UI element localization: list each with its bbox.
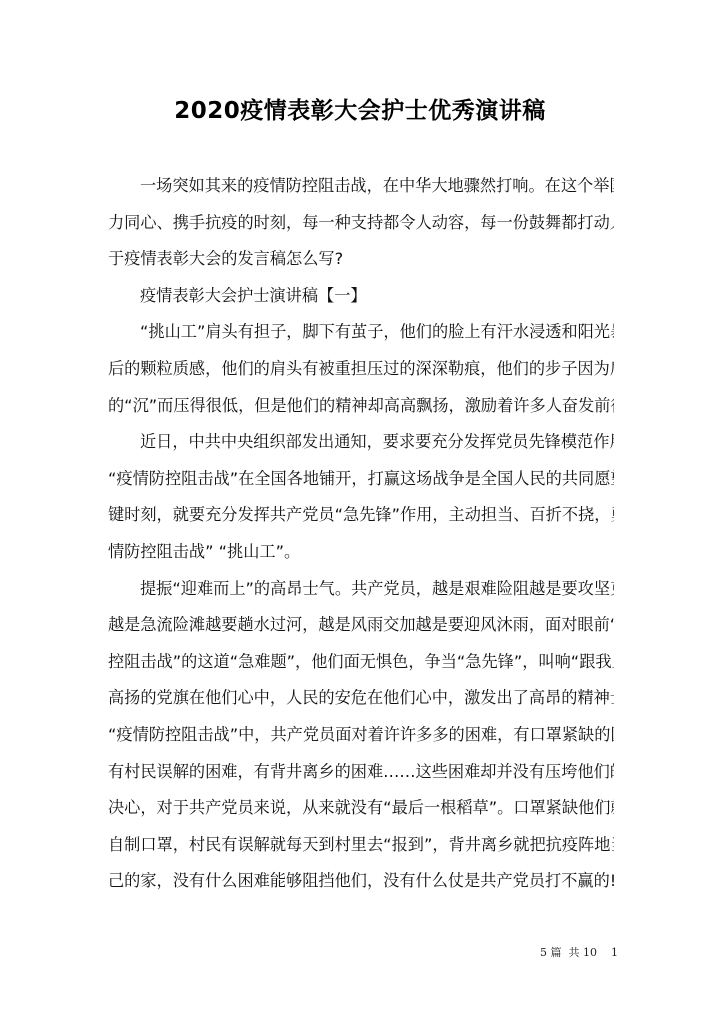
text-line: 越是急流险滩越要趟水过河，越是风雨交加越是要迎风沐雨，面对眼前“疫情防 (108, 607, 614, 644)
text-line: 后的颗粒质感，他们的肩头有被重担压过的深深勒痕，他们的步子因为肩头担子 (108, 351, 614, 388)
text-line: 提振“迎难而上”的高昂士气。共产党员，越是艰难险阻越是要攻坚克难， (108, 571, 614, 608)
text-line: 控阻击战”的这道“急难题”，他们面无惧色，争当“急先锋”，叫响“跟我上”， (108, 644, 614, 681)
text-line: 有村民误解的困难，有背井离乡的困难……这些困难却并没有压垮他们的信念和 (108, 754, 614, 791)
text-line: 自制口罩，村民有误解就每天到村里去“报到”，背井离乡就把抗疫阵地当成自 (108, 827, 614, 864)
document-title: 2020疫情表彰大会护士优秀演讲稿 (0, 92, 720, 125)
document-body: 一场突如其来的疫情防控阻击战，在中华大地骤然打响。在这个举国上下戮 力同心、携手… (108, 168, 614, 900)
text-line: 决心，对于共产党员来说，从来就没有“最后一根稻草”。口罩紧缺他们就自己 (108, 790, 614, 827)
text-line: “挑山工”肩头有担子，脚下有茧子，他们的脸上有汗水浸透和阳光暴晒过 (108, 314, 614, 351)
text-line: “疫情防控阻击战”在全国各地铺开，打赢这场战争是全国人民的共同愿望。关 (108, 461, 614, 498)
text-line: 己的家，没有什么困难能够阻挡他们，没有什么仗是共产党员打不赢的!许许多 (108, 863, 614, 900)
text-line: 高扬的党旗在他们心中，人民的安危在他们心中，激发出了高昂的精神士气。在 (108, 680, 614, 717)
text-line: 力同心、携手抗疫的时刻，每一种支持都令人动容，每一份鼓舞都打动人心。关 (108, 205, 614, 242)
text-line: 于疫情表彰大会的发言稿怎么写? (108, 241, 614, 278)
document-page: 2020疫情表彰大会护士优秀演讲稿 一场突如其来的疫情防控阻击战，在中华大地骤然… (0, 0, 720, 1020)
text-line: 一场突如其来的疫情防控阻击战，在中华大地骤然打响。在这个举国上下戮 (108, 168, 614, 205)
text-line: “疫情防控阻击战”中，共产党员面对着许许多多的困难，有口罩紧缺的困难， (108, 717, 614, 754)
text-line: 的“沉”而压得很低，但是他们的精神却高高飘扬，激励着许多人奋发前行。 (108, 388, 614, 425)
text-line: 近日，中共中央组织部发出通知，要求要充分发挥党员先锋模范作用。眼下， (108, 424, 614, 461)
section-heading: 疫情表彰大会护士演讲稿【一】 (108, 278, 614, 315)
text-line: 键时刻，就要充分发挥共产党员“急先锋”作用，主动担当、百折不挠，勇做“疫 (108, 497, 614, 534)
text-line: 情防控阻击战” “挑山工”。 (108, 534, 614, 571)
page-footer: 5 篇 共 10 1 (540, 944, 618, 960)
